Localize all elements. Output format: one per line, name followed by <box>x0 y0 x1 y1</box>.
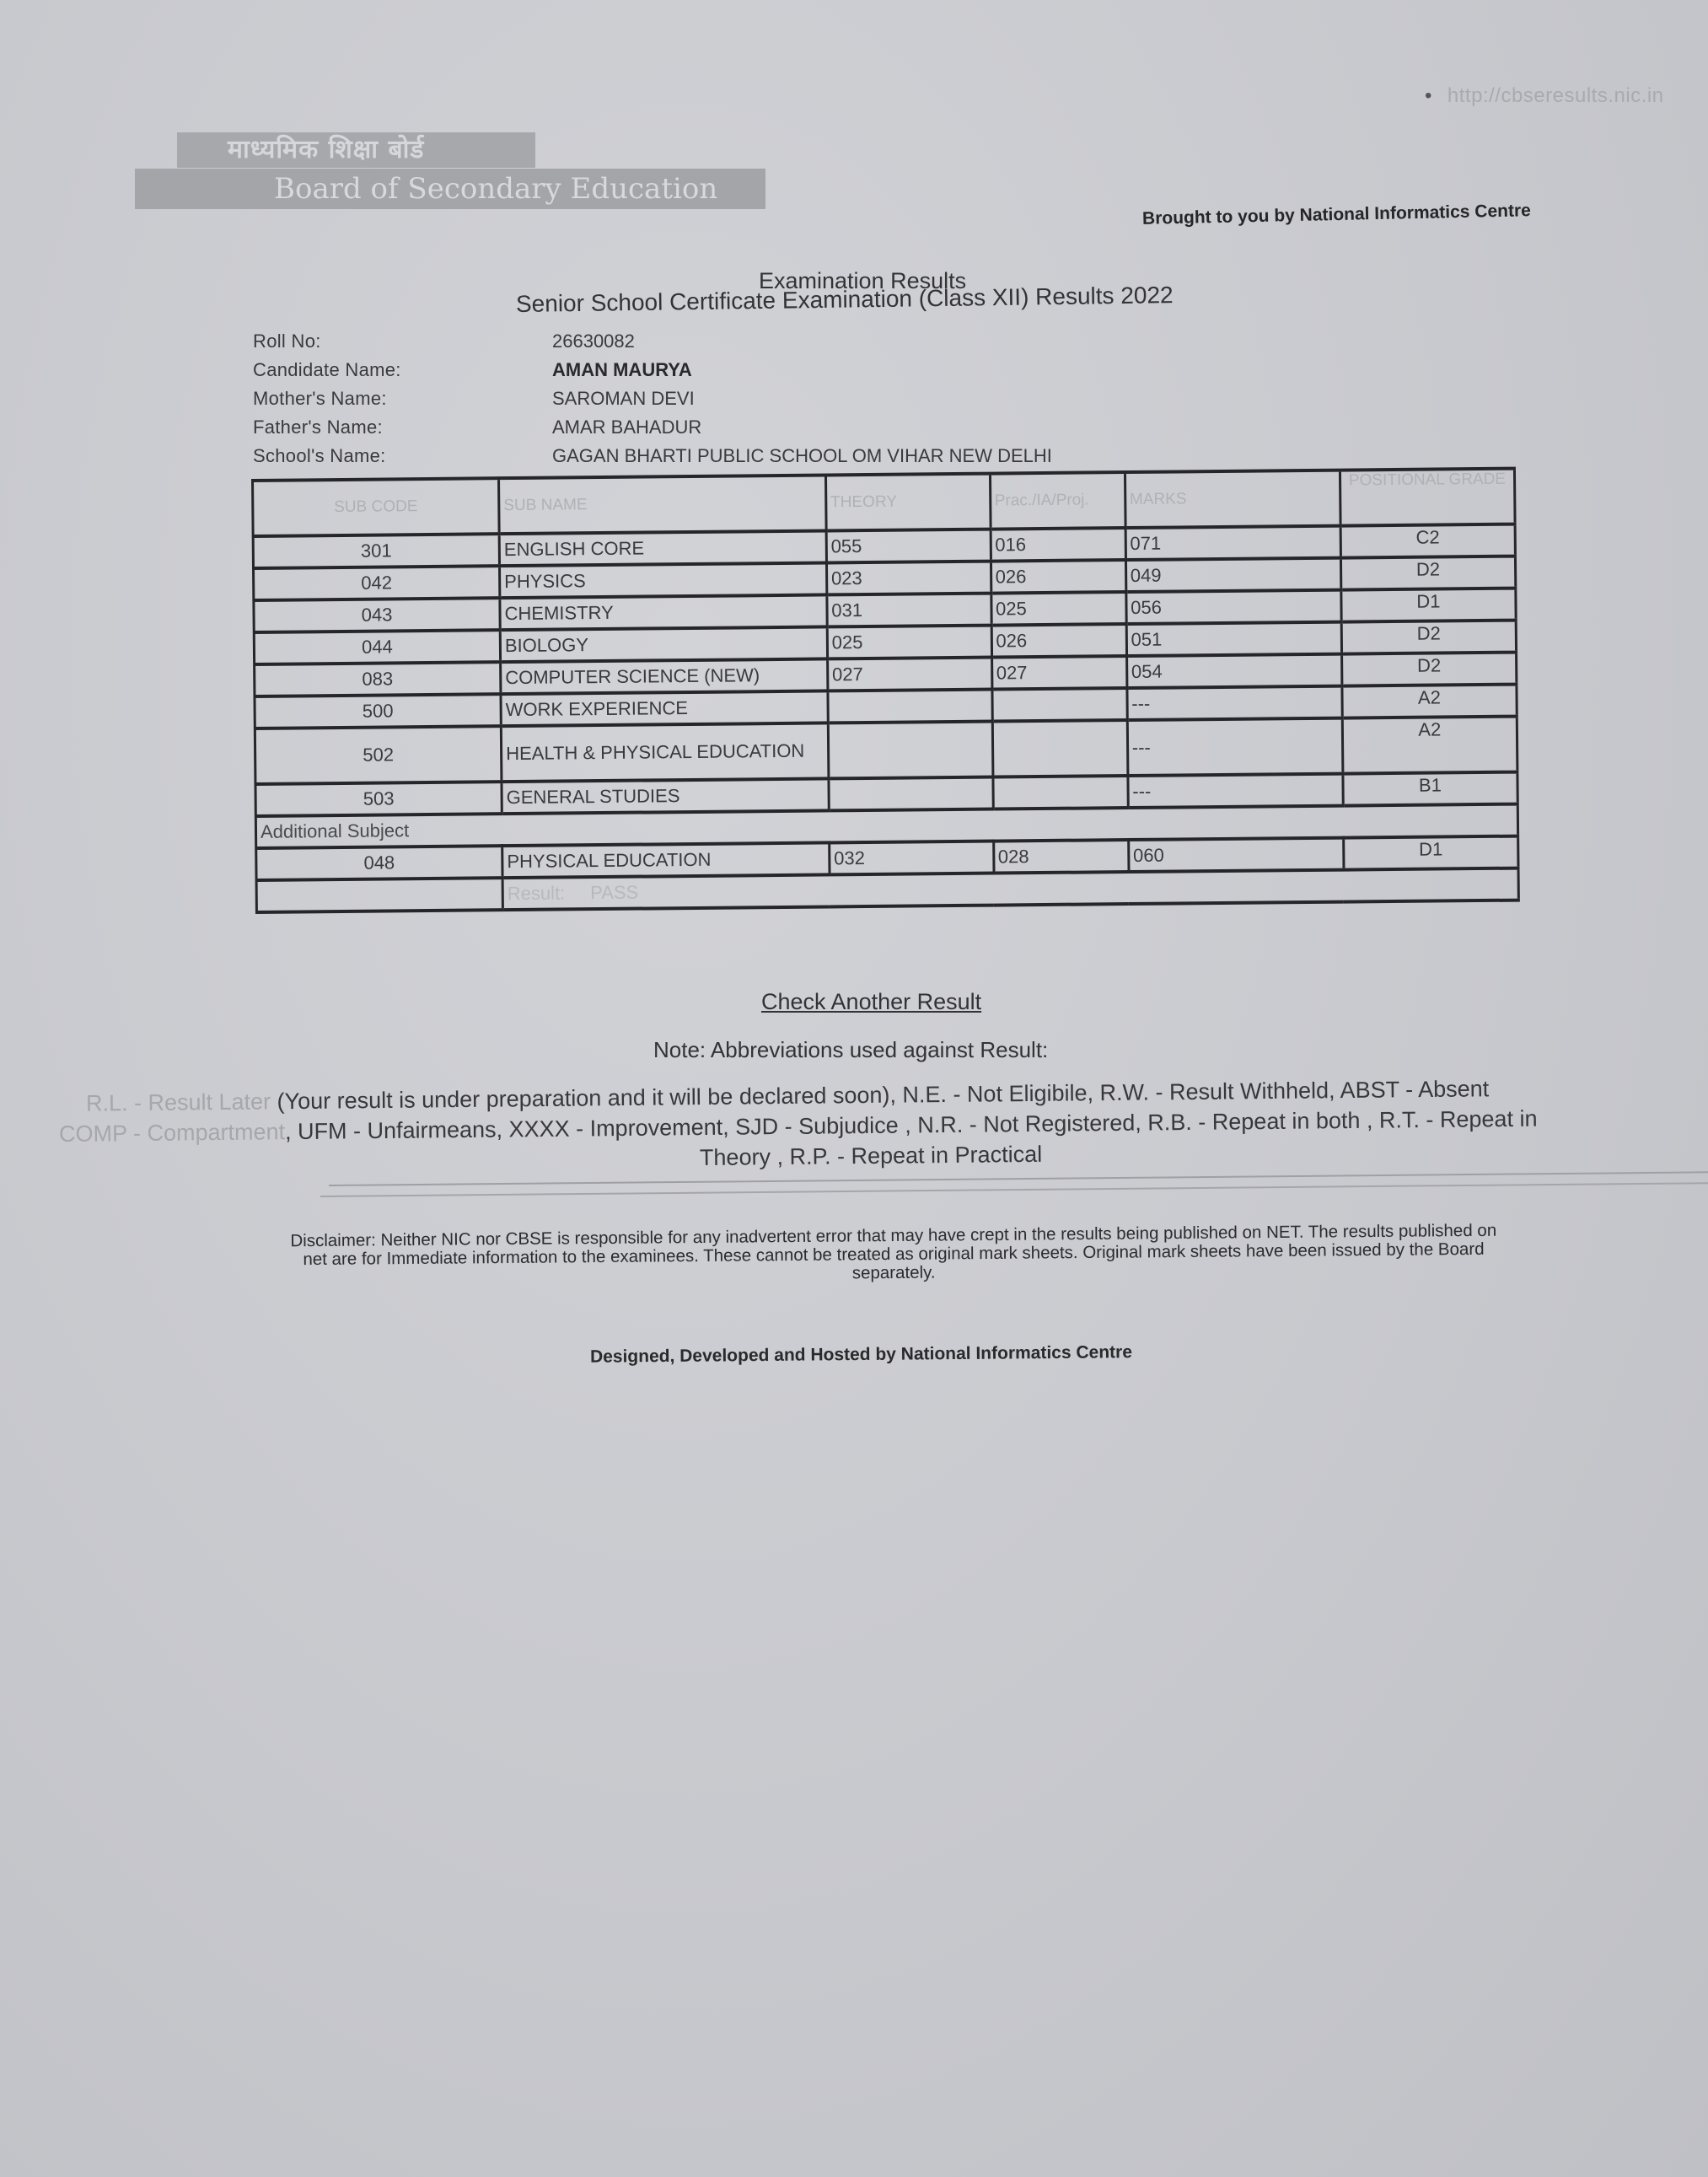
grade-cell: A2 <box>1342 717 1517 774</box>
marks-cell: 060 <box>1128 838 1343 872</box>
sub-name-cell: ENGLISH CORE <box>499 530 826 566</box>
sub-name-cell: GENERAL STUDIES <box>502 778 829 814</box>
results-table: SUB CODE SUB NAME THEORY Prac./IA/Proj. … <box>251 467 1520 914</box>
theory-cell <box>828 690 992 723</box>
sub-name-cell: HEALTH & PHYSICAL EDUCATION <box>501 723 828 782</box>
practical-cell <box>992 720 1128 777</box>
marks-cell: --- <box>1127 718 1343 776</box>
sub-name-cell: WORK EXPERIENCE <box>501 691 828 726</box>
practical-cell: 016 <box>991 528 1126 562</box>
check-another-result-link[interactable]: Check Another Result <box>761 989 981 1015</box>
header-marks: MARKS <box>1125 470 1340 528</box>
sub-code-cell: 048 <box>256 846 502 880</box>
disclaimer-text: Neither NIC nor CBSE is responsible for … <box>303 1221 1496 1283</box>
result-value: PASS <box>590 882 638 904</box>
marks-cell: --- <box>1128 774 1343 808</box>
father-name-value: AMAR BAHADUR <box>552 417 701 438</box>
theory-cell: 031 <box>827 594 991 627</box>
grade-cell: A2 <box>1342 685 1517 718</box>
sub-code-cell: 500 <box>255 694 501 728</box>
grade-cell: B1 <box>1343 772 1518 806</box>
disclaimer-label: Disclaimer: <box>290 1230 376 1250</box>
sub-code-cell: 503 <box>255 782 502 816</box>
logo-english-text: Board of Secondary Education <box>135 169 765 209</box>
sub-code-cell: 042 <box>254 566 500 600</box>
theory-cell: 032 <box>830 841 994 875</box>
practical-cell <box>992 776 1128 809</box>
header-sub-name: SUB NAME <box>499 475 826 534</box>
footer-credit: Designed, Developed and Hosted by Nation… <box>590 1342 1132 1368</box>
exam-subtitle: Senior School Certificate Examination (C… <box>516 282 1174 318</box>
sub-code-cell: 043 <box>254 598 500 632</box>
marks-cell: 049 <box>1125 558 1340 592</box>
theory-cell <box>828 722 992 779</box>
grade-cell: D1 <box>1343 836 1518 870</box>
sub-name-cell: BIOLOGY <box>500 626 827 662</box>
sub-name-cell: CHEMISTRY <box>500 594 827 630</box>
abbreviations-note: R.L. - Result Later (Your result is unde… <box>59 1058 1708 1180</box>
marks-cell: 054 <box>1126 654 1341 688</box>
sub-code-cell: 083 <box>255 662 501 696</box>
practical-cell: 026 <box>991 624 1127 658</box>
father-name-row: Father's Name: AMAR BAHADUR <box>253 413 1052 442</box>
marks-cell: 051 <box>1126 622 1341 656</box>
theory-cell: 025 <box>827 626 991 659</box>
disclaimer: Disclaimer: Neither NIC nor CBSE is resp… <box>278 1222 1510 1288</box>
roll-no-value: 26630082 <box>552 331 635 352</box>
roll-no-row: Roll No: 26630082 <box>253 327 1052 356</box>
candidate-name-row: Candidate Name: AMAN MAURYA <box>253 356 1052 384</box>
practical-cell: 026 <box>991 560 1126 594</box>
marks-cell: --- <box>1127 686 1342 720</box>
sub-code-cell: 044 <box>254 630 500 664</box>
theory-cell <box>829 777 993 811</box>
sub-code-cell: 301 <box>253 534 499 568</box>
theory-cell: 027 <box>827 658 991 691</box>
note-line-2-faded: COMP - Compartment <box>59 1119 285 1147</box>
note-line-1-faded: R.L. - Result Later <box>86 1088 271 1115</box>
school-name-label: School's Name: <box>253 445 552 467</box>
divider <box>320 1182 1708 1197</box>
brought-by-text: Brought to you by National Informatics C… <box>1142 201 1531 229</box>
roll-no-label: Roll No: <box>253 331 552 352</box>
candidate-info: Roll No: 26630082 Candidate Name: AMAN M… <box>253 327 1052 470</box>
practical-cell: 028 <box>993 840 1129 873</box>
grade-cell: D1 <box>1341 589 1517 622</box>
sub-name-cell: PHYSICAL EDUCATION <box>502 842 830 878</box>
sub-code-cell: 502 <box>255 726 502 784</box>
grade-cell: D2 <box>1340 556 1516 590</box>
practical-cell <box>991 688 1127 722</box>
grade-cell: D2 <box>1341 653 1517 686</box>
practical-cell: 027 <box>991 656 1127 690</box>
school-name-value: GAGAN BHARTI PUBLIC SCHOOL OM VIHAR NEW … <box>552 445 1052 467</box>
mother-name-row: Mother's Name: SAROMAN DEVI <box>253 384 1052 413</box>
mother-name-value: SAROMAN DEVI <box>552 388 695 410</box>
grade-cell: C2 <box>1340 524 1516 558</box>
candidate-name-label: Candidate Name: <box>253 359 552 381</box>
mother-name-label: Mother's Name: <box>253 388 552 410</box>
results-table-container: SUB CODE SUB NAME THEORY Prac./IA/Proj. … <box>251 467 1520 914</box>
candidate-name-value: AMAN MAURYA <box>552 359 692 381</box>
header-practical: Prac./IA/Proj. <box>990 472 1125 529</box>
site-url: http://cbseresults.nic.in <box>1425 84 1664 108</box>
school-name-row: School's Name: GAGAN BHARTI PUBLIC SCHOO… <box>253 442 1052 470</box>
sub-name-cell: COMPUTER SCIENCE (NEW) <box>501 658 828 694</box>
practical-cell: 025 <box>991 592 1126 626</box>
result-spacer <box>256 878 502 912</box>
theory-cell: 023 <box>826 562 991 595</box>
marks-cell: 056 <box>1126 590 1341 624</box>
result-label: Result: <box>508 882 566 904</box>
header-grade: POSITIONAL GRADE <box>1340 469 1515 526</box>
sub-name-cell: PHYSICS <box>500 562 827 598</box>
marks-cell: 071 <box>1125 526 1340 560</box>
father-name-label: Father's Name: <box>253 417 552 438</box>
header-theory: THEORY <box>825 474 990 531</box>
header-sub-code: SUB CODE <box>253 478 500 536</box>
grade-cell: D2 <box>1341 621 1517 654</box>
logo-hindi-text: माध्यमिक शिक्षा बोर्ड <box>177 132 535 168</box>
theory-cell: 055 <box>826 529 991 563</box>
